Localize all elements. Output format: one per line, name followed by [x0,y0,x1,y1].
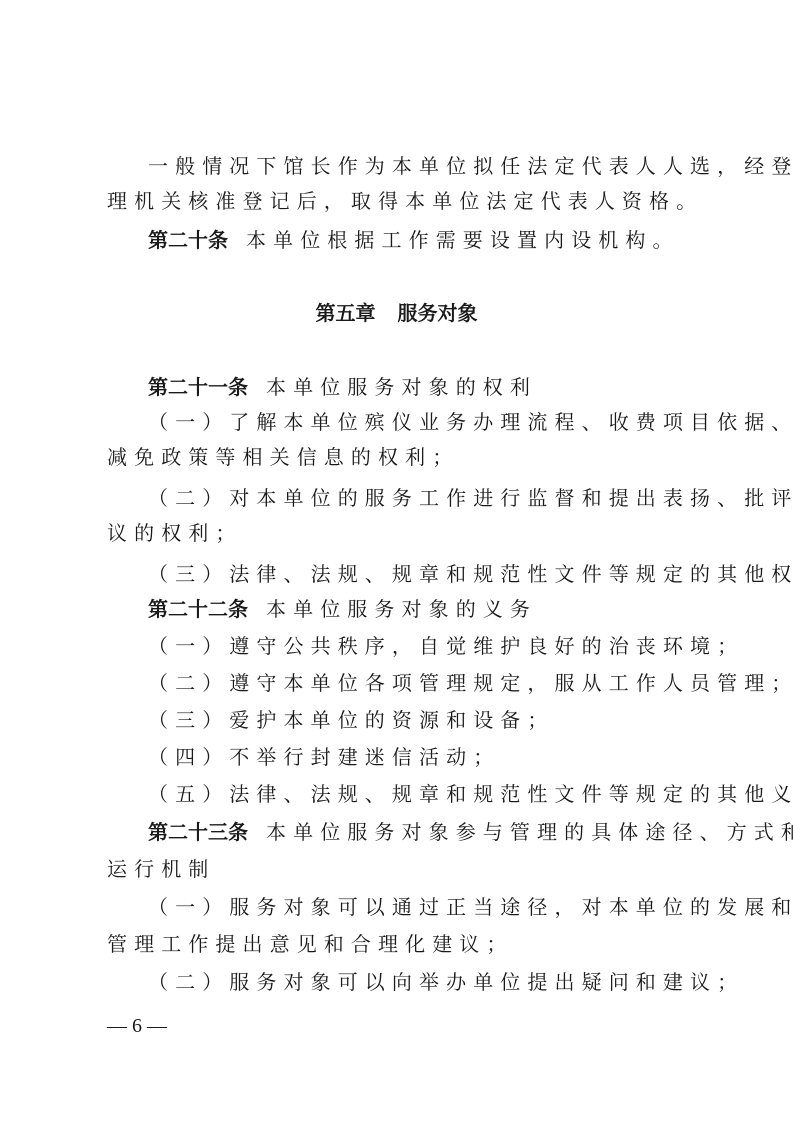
paragraph-line: 一般情况下馆长作为本单位拟任法定代表人人选，经登记管 [107,152,687,180]
article-text: 本单位根据工作需要设置内设机构。 [246,228,680,252]
article-text: 本单位服务对象的权利 [266,375,537,399]
paragraph-line: （一）了解本单位殡仪业务办理流程、收费项目依据、费用 [107,408,687,436]
paragraph-line: 减免政策等相关信息的权利； [107,443,687,471]
article-number: 第二十二条 [148,597,248,621]
article-22: 第二十二条本单位服务对象的义务 [107,595,687,623]
paragraph-line: （一）遵守公共秩序，自觉维护良好的治丧环境； [107,632,687,660]
paragraph-line: 运行机制 [107,855,687,883]
chapter-heading: 第五章服务对象 [0,299,793,327]
article-number: 第二十一条 [148,375,248,399]
chapter-title: 服务对象 [398,301,478,325]
chapter-number: 第五章 [316,301,376,325]
paragraph-line: （三）爱护本单位的资源和设备； [107,706,687,734]
paragraph-line: （二）对本单位的服务工作进行监督和提出表扬、批评、建 [107,484,687,512]
article-23: 第二十三条本单位服务对象参与管理的具体途径、方式和 [107,818,687,846]
paragraph-line: （三）法律、法规、规章和规范性文件等规定的其他权利。 [107,560,687,588]
article-number: 第二十条 [148,228,228,252]
page-number: — 6 — [107,1012,167,1040]
document-page: 一般情况下馆长作为本单位拟任法定代表人人选，经登记管 理机关核准登记后，取得本单… [0,0,793,1122]
article-number: 第二十三条 [148,820,248,844]
paragraph-line: （二）遵守本单位各项管理规定，服从工作人员管理； [107,669,687,697]
paragraph-line: 管理工作提出意见和合理化建议； [107,930,687,958]
paragraph-line: （五）法律、法规、规章和规范性文件等规定的其他义务。 [107,780,687,808]
article-text: 本单位服务对象参与管理的具体途径、方式和 [266,820,793,844]
article-20: 第二十条本单位根据工作需要设置内设机构。 [107,226,687,254]
article-text: 本单位服务对象的义务 [266,597,537,621]
paragraph-line: 理机关核准登记后，取得本单位法定代表人资格。 [107,187,687,215]
paragraph-line: 议的权利； [107,519,687,547]
paragraph-line: （一）服务对象可以通过正当途径，对本单位的发展和日常 [107,893,687,921]
article-21: 第二十一条本单位服务对象的权利 [107,373,687,401]
paragraph-line: （二）服务对象可以向举办单位提出疑问和建议； [107,968,687,996]
paragraph-line: （四）不举行封建迷信活动； [107,743,687,771]
